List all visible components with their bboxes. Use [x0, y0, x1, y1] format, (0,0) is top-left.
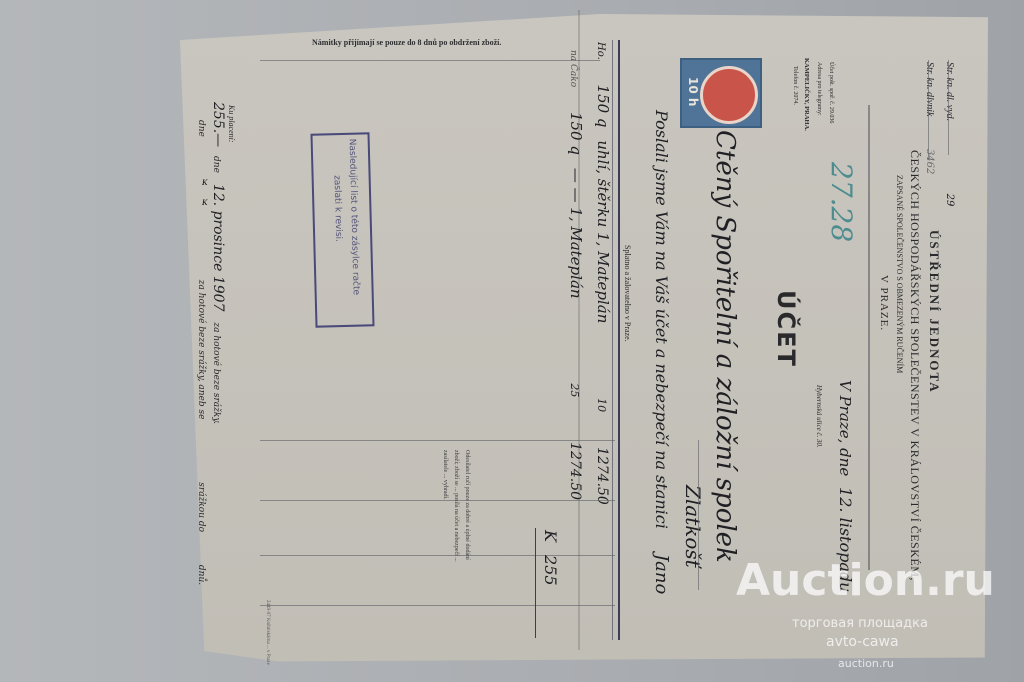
stamp-emblem: [700, 66, 758, 124]
payment-discount-label: srážkou do: [196, 482, 206, 532]
org-name-line-3: ZAPSANÉ SPOLEČENSTVO S OBMEZENÝM RUČENÍM: [895, 175, 904, 373]
col-rule-top: [260, 60, 600, 61]
invoice-title: ÚČET: [772, 290, 800, 368]
org-name-line-4: V PRAZE.: [878, 275, 890, 331]
delivery-footnote: Odesílatel ručí pouze za dobré a úplné d…: [439, 450, 472, 570]
payment-days-label: dnů.: [196, 565, 206, 585]
payment-dne-1: dne: [211, 156, 221, 173]
ref-line-2-label: Str. kn. dlvnik: [924, 62, 935, 116]
item-1-qty: 150 q: [594, 85, 612, 128]
item-row-2: na Čako 150 q — — 1, Mateplán 25 1274.50: [567, 50, 585, 500]
watermark-brand: Auction.ru: [736, 555, 995, 606]
item-2-description: — — 1, Mateplán: [567, 168, 585, 299]
watermark-site: auction.ru: [838, 657, 894, 670]
payment-line-2: dne za hotové beze srážky, aneb se srážk…: [196, 120, 206, 585]
contact-postal-account: Účet pošt. spoř. č. 29.036: [828, 62, 834, 123]
addressee-line-1: Ctěný Spořitelní a záložní spolek: [710, 130, 740, 563]
org-name-line-1: ÚSTŘEDNÍ JEDNOTA: [926, 230, 942, 394]
item-row-1: Ho. 150 q uhlí, štěrku 1, Mateplán 10 12…: [594, 42, 612, 505]
payment-line-1: 255.— dne 12. prosince 1907 za hotové be…: [210, 102, 226, 424]
item-1-amount: 1274.50: [594, 447, 610, 505]
item-1-price: 10: [595, 398, 608, 412]
ref-line-1: Str. kn. dl. vyd. 29: [944, 62, 955, 206]
table-rule-inner: [612, 40, 613, 640]
payment-date: 12. prosince 1907: [210, 184, 226, 312]
contact-telegram-address: KAMPELIČKY, PRAHA.: [803, 58, 810, 131]
payment-terms-2: za hotové beze srážky, aneb se: [196, 280, 206, 420]
complaints-note: Námitky přijímají se pouze do 8 dnů po o…: [312, 38, 501, 47]
contact-telegram-label: Adresa pro telegramy:: [816, 62, 822, 116]
ref-line-2-value: 3462: [924, 149, 935, 174]
payable-note: Splatno a žalovatelno v Praze.: [623, 245, 632, 342]
ref-underline-2: [928, 60, 929, 160]
revision-rubber-stamp: Nasledující list o této zásylce račte za…: [310, 132, 374, 327]
total-label: K: [541, 530, 560, 542]
ref-line-1-value: 29: [944, 194, 955, 207]
sent-line-printed: Poslali jsme Vám na Váš účet a nebezpečí…: [652, 110, 671, 529]
table-rule-main: [618, 40, 620, 640]
revenue-stamp: 10 h: [680, 58, 762, 128]
item-2-price: 25: [568, 383, 581, 397]
total-rule: [535, 528, 536, 638]
rubber-stamp-line-1: Nasledující list o této zásylce račte: [347, 139, 361, 296]
payment-terms-1: za hotové beze srážky.: [211, 322, 221, 424]
watermark-tagline: торговая площадка: [792, 616, 928, 631]
org-name-line-2: ČESKÝCH HOSPODÁŘSKÝCH SPOLEČENSTEV V KRÁ…: [907, 150, 922, 581]
payment-dne-2: dne: [196, 120, 206, 137]
payment-k-1: K: [202, 178, 207, 187]
total-value: 255: [541, 555, 560, 586]
col-rule-2: [260, 500, 615, 501]
payment-amount: 255.—: [210, 102, 226, 147]
place-date-printed: V Praze, dne: [836, 380, 854, 476]
payment-k-2: K: [202, 198, 207, 207]
col-rule-3: [260, 555, 615, 556]
ref-line-1-label: Str. kn. dl. vyd.: [944, 62, 955, 121]
item-2-number: na Čako: [568, 50, 578, 87]
ref-underline-1: [948, 60, 949, 155]
item-1-description: uhlí, štěrku 1, Mateplán: [594, 140, 612, 323]
rubber-stamp-line-2: zaslati k revisi.: [332, 175, 344, 242]
ref-line-2: Str. kn. dlvnik 3462: [924, 62, 935, 174]
item-1-number: Ho.: [595, 42, 606, 60]
contact-phone: Telefon č. 2074.: [792, 66, 798, 105]
payment-label: Ku placení:: [227, 105, 236, 143]
col-rule-4: [260, 605, 615, 606]
item-2-amount: 1274.50: [567, 442, 583, 500]
stamp-value: 10 h: [684, 66, 700, 118]
addressee-underline: [698, 440, 699, 590]
header-rule: [868, 105, 870, 570]
sent-line-station: Jano: [651, 554, 672, 594]
blue-ink-note: 27.28: [825, 162, 858, 242]
warehouse-address: Hybernská ulice č. 30.: [815, 385, 823, 448]
item-2-qty: 150 q: [567, 112, 585, 155]
watermark-seller: avto-cawa: [826, 634, 899, 650]
sent-line: Poslali jsme Vám na Váš účet a nebezpečí…: [651, 110, 672, 594]
total: K 255: [541, 530, 560, 586]
printer-mark: 2449-07 Knihtiskárna ... v Praze: [265, 600, 270, 665]
addressee-line-2: Zlatkošť: [681, 485, 705, 568]
col-rule-1: [260, 440, 615, 441]
